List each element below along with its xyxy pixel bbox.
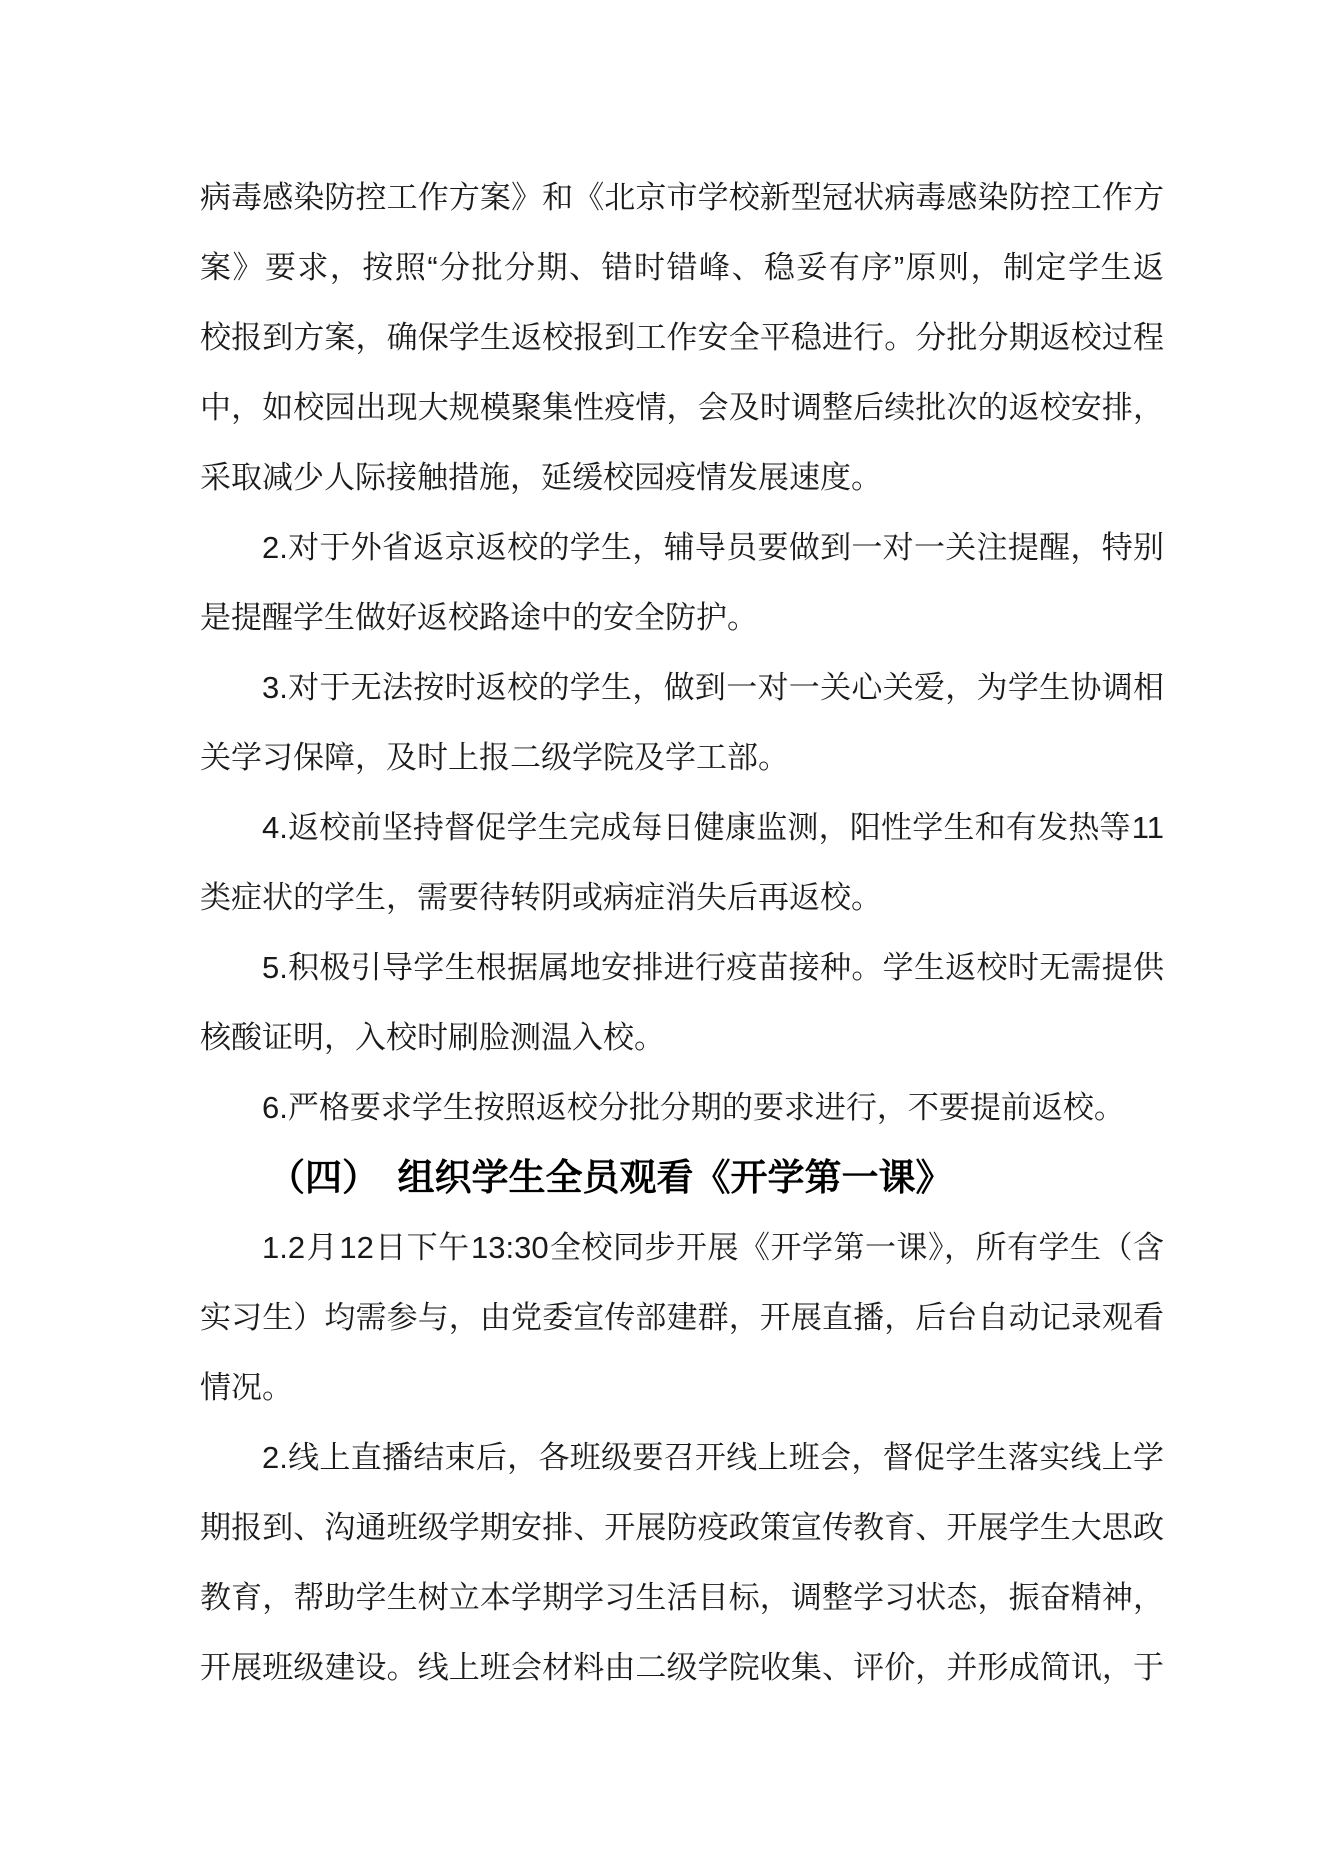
text-line: 病毒感染防控工作方案》和《北京市学校新型冠状病毒感染防控工作方 [200,163,1164,233]
text-line: （四） 组织学生全员观看《开学第一课》 [200,1143,1164,1213]
text-line: 2.线上直播结束后，各班级要召开线上班会，督促学生落实线上学 [200,1423,1164,1493]
text-line: 核酸证明，入校时刷脸测温入校。 [200,1003,1164,1073]
text-line: 案》要求，按照“分批分期、错时错峰、稳妥有序”原则，制定学生返 [200,233,1164,303]
text-line: 类症状的学生，需要待转阴或病症消失后再返校。 [200,863,1164,933]
text-line: 中，如校园出现大规模聚集性疫情，会及时调整后续批次的返校安排， [200,373,1164,443]
text-line: 5.积极引导学生根据属地安排进行疫苗接种。学生返校时无需提供 [200,933,1164,1003]
text-line: 教育，帮助学生树立本学期学习生活目标，调整学习状态，振奋精神， [200,1563,1164,1633]
text-line: 期报到、沟通班级学期安排、开展防疫政策宣传教育、开展学生大思政 [200,1493,1164,1563]
text-line: 采取减少人际接触措施，延缓校园疫情发展速度。 [200,443,1164,513]
body-paragraph: 1.2 月 12 日下午 13:30 全校同步开展《开学第一课》，所有学生（含实… [200,1213,1164,1423]
text-line: 是提醒学生做好返校路途中的安全防护。 [200,583,1164,653]
document-page: 病毒感染防控工作方案》和《北京市学校新型冠状病毒感染防控工作方案》要求，按照“分… [0,0,1323,1871]
body-paragraph: 病毒感染防控工作方案》和《北京市学校新型冠状病毒感染防控工作方案》要求，按照“分… [200,163,1164,513]
body-paragraph: 5.积极引导学生根据属地安排进行疫苗接种。学生返校时无需提供核酸证明，入校时刷脸… [200,933,1164,1073]
body-paragraph: 6.严格要求学生按照返校分批分期的要求进行，不要提前返校。 [200,1073,1164,1143]
body-paragraph: 2.对于外省返京返校的学生，辅导员要做到一对一关注提醒，特别是提醒学生做好返校路… [200,513,1164,653]
text-line: 6.严格要求学生按照返校分批分期的要求进行，不要提前返校。 [200,1073,1164,1143]
text-line: 情况。 [200,1353,1164,1423]
body-paragraph: 4.返校前坚持督促学生完成每日健康监测，阳性学生和有发热等 11类症状的学生，需… [200,793,1164,933]
text-line: 2.对于外省返京返校的学生，辅导员要做到一对一关注提醒，特别 [200,513,1164,583]
text-line: 校报到方案，确保学生返校报到工作安全平稳进行。分批分期返校过程 [200,303,1164,373]
text-line: 4.返校前坚持督促学生完成每日健康监测，阳性学生和有发热等 11 [200,793,1164,863]
body-paragraph: 3.对于无法按时返校的学生，做到一对一关心关爱，为学生协调相关学习保障，及时上报… [200,653,1164,793]
document-content: 病毒感染防控工作方案》和《北京市学校新型冠状病毒感染防控工作方案》要求，按照“分… [200,163,1164,1703]
section-heading: （四） 组织学生全员观看《开学第一课》 [200,1143,1164,1213]
body-paragraph: 2.线上直播结束后，各班级要召开线上班会，督促学生落实线上学期报到、沟通班级学期… [200,1423,1164,1703]
text-line: 3.对于无法按时返校的学生，做到一对一关心关爱，为学生协调相 [200,653,1164,723]
text-line: 实习生）均需参与，由党委宣传部建群，开展直播，后台自动记录观看 [200,1283,1164,1353]
text-line: 开展班级建设。线上班会材料由二级学院收集、评价，并形成简讯，于 [200,1633,1164,1703]
text-line: 关学习保障，及时上报二级学院及学工部。 [200,723,1164,793]
text-line: 1.2 月 12 日下午 13:30 全校同步开展《开学第一课》，所有学生（含 [200,1213,1164,1283]
